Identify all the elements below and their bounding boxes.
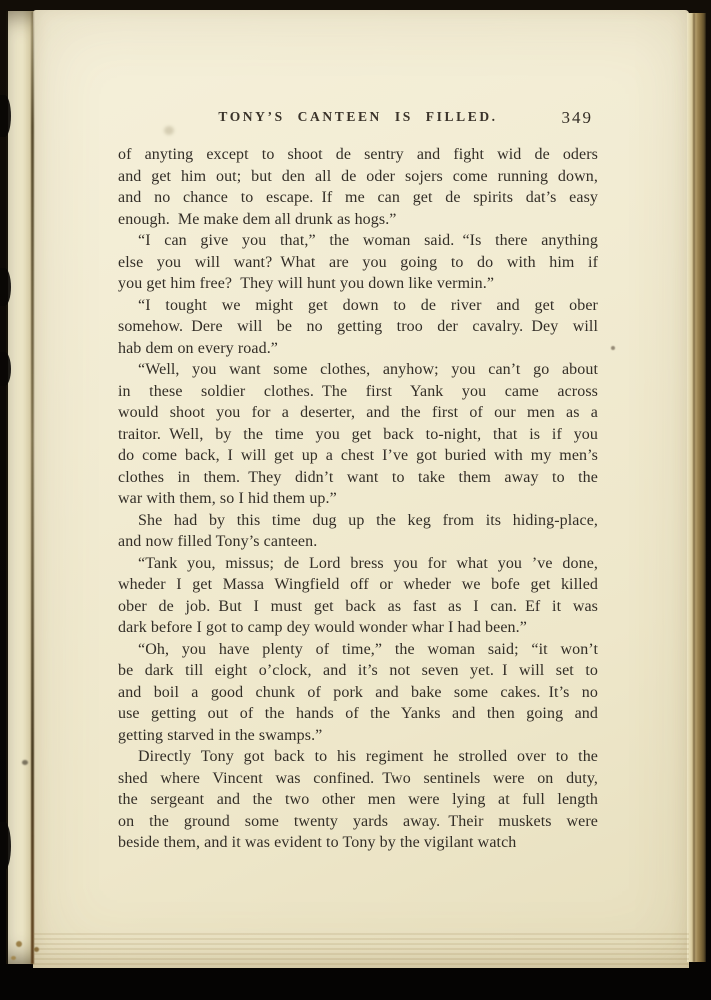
text-line: in these soldier clothes. The first Yank… xyxy=(118,381,598,403)
paper-speck xyxy=(16,941,22,947)
paragraph: She had by this time dug up the keg from… xyxy=(118,510,598,553)
text-line: would shoot you for a deserter, and the … xyxy=(118,402,598,424)
text-line: use getting out of the hands of the Yank… xyxy=(118,703,598,725)
text-line: beside them, and it was evident to Tony … xyxy=(118,832,598,854)
text-line: “I can give you that,” the woman said. “… xyxy=(118,230,598,252)
text-line: and no chance to escape. If me can get d… xyxy=(118,187,598,209)
page-number: 349 xyxy=(562,108,594,128)
book-page: TONY’S CANTEEN IS FILLED. 349 of anyting… xyxy=(33,10,689,968)
book-scan: TONY’S CANTEEN IS FILLED. 349 of anyting… xyxy=(0,0,711,1000)
paper-speck xyxy=(611,346,615,350)
text-line: ober de job. But I must get back as fast… xyxy=(118,596,598,618)
text-line: and boil a good chunk of pork and bake s… xyxy=(118,682,598,704)
text-line: Directly Tony got back to his regiment h… xyxy=(118,746,598,768)
text-line: She had by this time dug up the keg from… xyxy=(118,510,598,532)
text-line: of anyting except to shoot de sentry and… xyxy=(118,144,598,166)
paragraph: Directly Tony got back to his regiment h… xyxy=(118,746,598,854)
text-line: hab dem on every road.” xyxy=(118,338,598,360)
paper-speck xyxy=(34,947,39,952)
text-line: else you will want? What are you going t… xyxy=(118,252,598,274)
paper-smudge xyxy=(164,126,174,135)
paragraph: “I tought we might get down to de river … xyxy=(118,295,598,360)
text-line: somehow. Dere will be no getting troo de… xyxy=(118,316,598,338)
bottom-page-stack-lines xyxy=(33,930,689,968)
text-line: “Oh, you have plenty of time,” the woman… xyxy=(118,639,598,661)
text-line: wheder I get Massa Wingfield off or whed… xyxy=(118,574,598,596)
running-header: TONY’S CANTEEN IS FILLED. 349 xyxy=(118,109,598,131)
paragraph: “Well, you want some clothes, anyhow; yo… xyxy=(118,359,598,510)
body-text: of anyting except to shoot de sentry and… xyxy=(118,144,598,854)
text-line: getting starved in the swamps.” xyxy=(118,725,598,747)
paragraph: “Oh, you have plenty of time,” the woman… xyxy=(118,639,598,747)
text-line: and get him out; but den all de oder soj… xyxy=(118,166,598,188)
text-line: shed where Vincent was confined. Two sen… xyxy=(118,768,598,790)
text-line: enough. Me make dem all drunk as hogs.” xyxy=(118,209,598,231)
page-fore-edge xyxy=(687,13,706,962)
text-line: clothes in them. They didn’t want to tak… xyxy=(118,467,598,489)
text-line: “Tank you, missus; de Lord bress you for… xyxy=(118,553,598,575)
text-line: “Well, you want some clothes, anyhow; yo… xyxy=(118,359,598,381)
text-line: dark before I got to camp dey would wond… xyxy=(118,617,598,639)
text-line: “I tought we might get down to de river … xyxy=(118,295,598,317)
text-line: traitor. Well, by the time you get back … xyxy=(118,424,598,446)
header-title: TONY’S CANTEEN IS FILLED. xyxy=(218,109,497,124)
text-line: the sergeant and the two other men were … xyxy=(118,789,598,811)
paragraph: “I can give you that,” the woman said. “… xyxy=(118,230,598,295)
text-line: war with them, so I hid them up.” xyxy=(118,488,598,510)
text-line: you get him free? They will hunt you dow… xyxy=(118,273,598,295)
paper-speck xyxy=(11,956,16,960)
text-line: and now filled Tony’s canteen. xyxy=(118,531,598,553)
paragraph: “Tank you, missus; de Lord bress you for… xyxy=(118,553,598,639)
paper-speck xyxy=(22,760,28,765)
text-line: do come back, I will get up a chest I’ve… xyxy=(118,445,598,467)
gutter-seam xyxy=(31,12,34,964)
paragraph: of anyting except to shoot de sentry and… xyxy=(118,144,598,230)
text-line: on the ground some twenty yards away. Th… xyxy=(118,811,598,833)
text-line: be dark till eight o’clock, and it’s not… xyxy=(118,660,598,682)
